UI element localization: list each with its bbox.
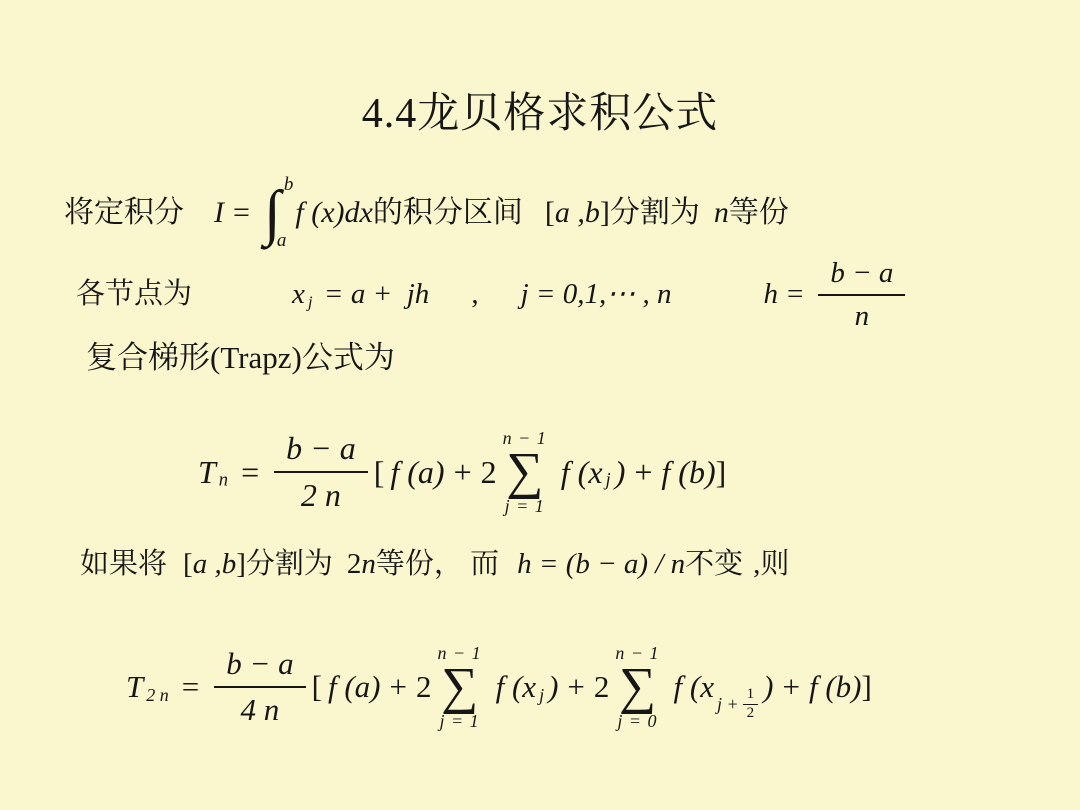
term-fa: f (a) bbox=[390, 454, 444, 491]
interval-open-bracket: [ bbox=[183, 548, 193, 581]
text-split-into: 分割为 bbox=[610, 196, 700, 231]
text-then: ,则 bbox=[753, 548, 789, 581]
plus-sign: + bbox=[567, 669, 584, 705]
term-fb: f (b) bbox=[809, 669, 862, 705]
term-fa: f (a) bbox=[328, 669, 381, 705]
integrand: f (x)dx bbox=[295, 196, 372, 231]
close-bracket: ] bbox=[861, 669, 871, 705]
fraction-numerator: b − a bbox=[818, 257, 905, 294]
index-range: j = 0,1,⋯ , n bbox=[521, 278, 672, 311]
subscript-n: n bbox=[219, 470, 228, 491]
close-bracket: ] bbox=[716, 454, 727, 491]
text-integration-interval: 的积分区间 bbox=[373, 196, 523, 231]
close-paren: ) bbox=[548, 669, 558, 705]
slide: 4.4龙贝格求积公式 将定积分 I = ∫ b a f (x)dx 的积分区间 … bbox=[0, 0, 1080, 810]
text-split-into: 分割为 bbox=[246, 548, 333, 581]
plus-sign: + bbox=[454, 454, 472, 491]
sum-lower-limit: j = 1 bbox=[439, 712, 479, 730]
text-before-integral: 将定积分 bbox=[64, 196, 184, 231]
equals-sign: = bbox=[233, 196, 250, 231]
plus-sign: + bbox=[782, 669, 799, 705]
summation-1: n − 1 ∑ j = 1 bbox=[437, 644, 481, 731]
fraction-denominator: 2 n bbox=[274, 471, 368, 514]
open-bracket: [ bbox=[312, 669, 322, 705]
interval-close-bracket: ] bbox=[236, 548, 246, 581]
fraction-coefficient: b − a 4 n bbox=[214, 646, 305, 727]
mini-fraction-half: 1 2 bbox=[743, 687, 759, 722]
term-fx: f (x bbox=[561, 454, 603, 491]
comma-separator: , bbox=[471, 278, 478, 311]
formula-Tn: T n = b − a 2 n [ f (a) + 2 n − 1 ∑ j = … bbox=[198, 412, 726, 532]
subscript-j: j bbox=[606, 470, 611, 491]
var-n: n bbox=[714, 196, 729, 231]
sum-lower-limit: j = 1 bbox=[505, 497, 545, 515]
equals-sign: = bbox=[182, 669, 199, 705]
text-equal-parts: 等份 bbox=[729, 196, 789, 231]
integral-lower-limit: a bbox=[277, 230, 287, 252]
sigma-icon: ∑ bbox=[439, 662, 480, 713]
text-composite-trapezoid: 复合梯形(Trapz)公式为 bbox=[86, 340, 395, 376]
line-definite-integral: 将定积分 I = ∫ b a f (x)dx 的积分区间 [ a ,b ] 分割… bbox=[64, 168, 789, 258]
close-paren: ) bbox=[763, 669, 773, 705]
fraction-numerator: b − a bbox=[214, 646, 305, 686]
subscript-j: j bbox=[539, 685, 544, 706]
coefficient-2: 2 bbox=[594, 669, 610, 705]
fraction-denominator: 4 n bbox=[214, 686, 305, 728]
subscript-2n: 2 n bbox=[146, 685, 168, 706]
interval-ab: a ,b bbox=[193, 548, 237, 581]
sum-lower-limit: j = 0 bbox=[617, 712, 657, 730]
close-paren: ) bbox=[615, 454, 626, 491]
text-equal-parts-and: 等份， 而 bbox=[376, 548, 499, 581]
mini-fraction-denominator: 2 bbox=[743, 704, 759, 722]
node-rhs: a + jh bbox=[351, 278, 429, 311]
slide-title: 4.4龙贝格求积公式 bbox=[0, 80, 1080, 140]
plus-sign: + bbox=[634, 454, 652, 491]
fraction-step-size: b − a n bbox=[818, 257, 905, 334]
line-trapz-label: 复合梯形(Trapz)公式为 bbox=[86, 340, 395, 376]
equals-sign: = bbox=[241, 454, 259, 491]
var-x: x bbox=[292, 278, 305, 311]
plus-sign: + bbox=[389, 669, 406, 705]
h-expression: h = (b − a) / n bbox=[517, 548, 685, 581]
coefficient-2: 2 bbox=[416, 669, 432, 705]
var-T: T bbox=[198, 454, 216, 491]
integral-upper-limit: b bbox=[284, 174, 294, 196]
term-fx: f (x bbox=[496, 669, 536, 705]
term-fx-half: f (x bbox=[674, 669, 714, 705]
equals-sign: = bbox=[326, 278, 342, 311]
text-if-split: 如果将 bbox=[80, 548, 167, 581]
coefficient-2: 2 bbox=[347, 548, 362, 581]
sigma-icon: ∑ bbox=[617, 662, 658, 713]
fraction-denominator: n bbox=[818, 294, 905, 333]
fraction-coefficient: b − a 2 n bbox=[274, 430, 368, 514]
interval-open-bracket: [ bbox=[545, 196, 555, 231]
subscript-j-plus-half: j + 1 2 bbox=[717, 687, 758, 722]
sigma-icon: ∑ bbox=[504, 447, 545, 498]
var-n: n bbox=[361, 548, 376, 581]
var-I: I bbox=[214, 196, 224, 231]
term-fb: f (b) bbox=[661, 454, 715, 491]
text-unchanged: 不变 bbox=[685, 548, 743, 581]
summation: n − 1 ∑ j = 1 bbox=[503, 429, 547, 516]
summation-2: n − 1 ∑ j = 0 bbox=[615, 644, 659, 731]
subscript-j: j bbox=[308, 293, 313, 312]
interval-close-bracket: ] bbox=[600, 196, 610, 231]
mini-fraction-numerator: 1 bbox=[743, 687, 759, 704]
line-nodes: 各节点为 x j = a + jh , j = 0,1,⋯ , n h = b … bbox=[76, 250, 911, 340]
fraction-numerator: b − a bbox=[274, 430, 368, 471]
formula-T2n: T 2 n = b − a 4 n [ f (a) + 2 n − 1 ∑ j … bbox=[126, 622, 872, 752]
line-condition: 如果将 [ a ,b ] 分割为 2 n 等份， 而 h = (b − a) /… bbox=[80, 548, 789, 581]
subscript-prefix: j + bbox=[717, 694, 739, 715]
integral-symbol: ∫ b a bbox=[264, 176, 290, 250]
var-h: h bbox=[763, 278, 778, 311]
text-nodes-label: 各节点为 bbox=[76, 278, 192, 311]
open-bracket: [ bbox=[374, 454, 385, 491]
interval-ab: a ,b bbox=[555, 196, 600, 231]
integral-limits: b a bbox=[281, 176, 291, 250]
coefficient-2: 2 bbox=[481, 454, 497, 491]
var-T: T bbox=[126, 669, 143, 705]
equals-sign: = bbox=[787, 278, 803, 311]
